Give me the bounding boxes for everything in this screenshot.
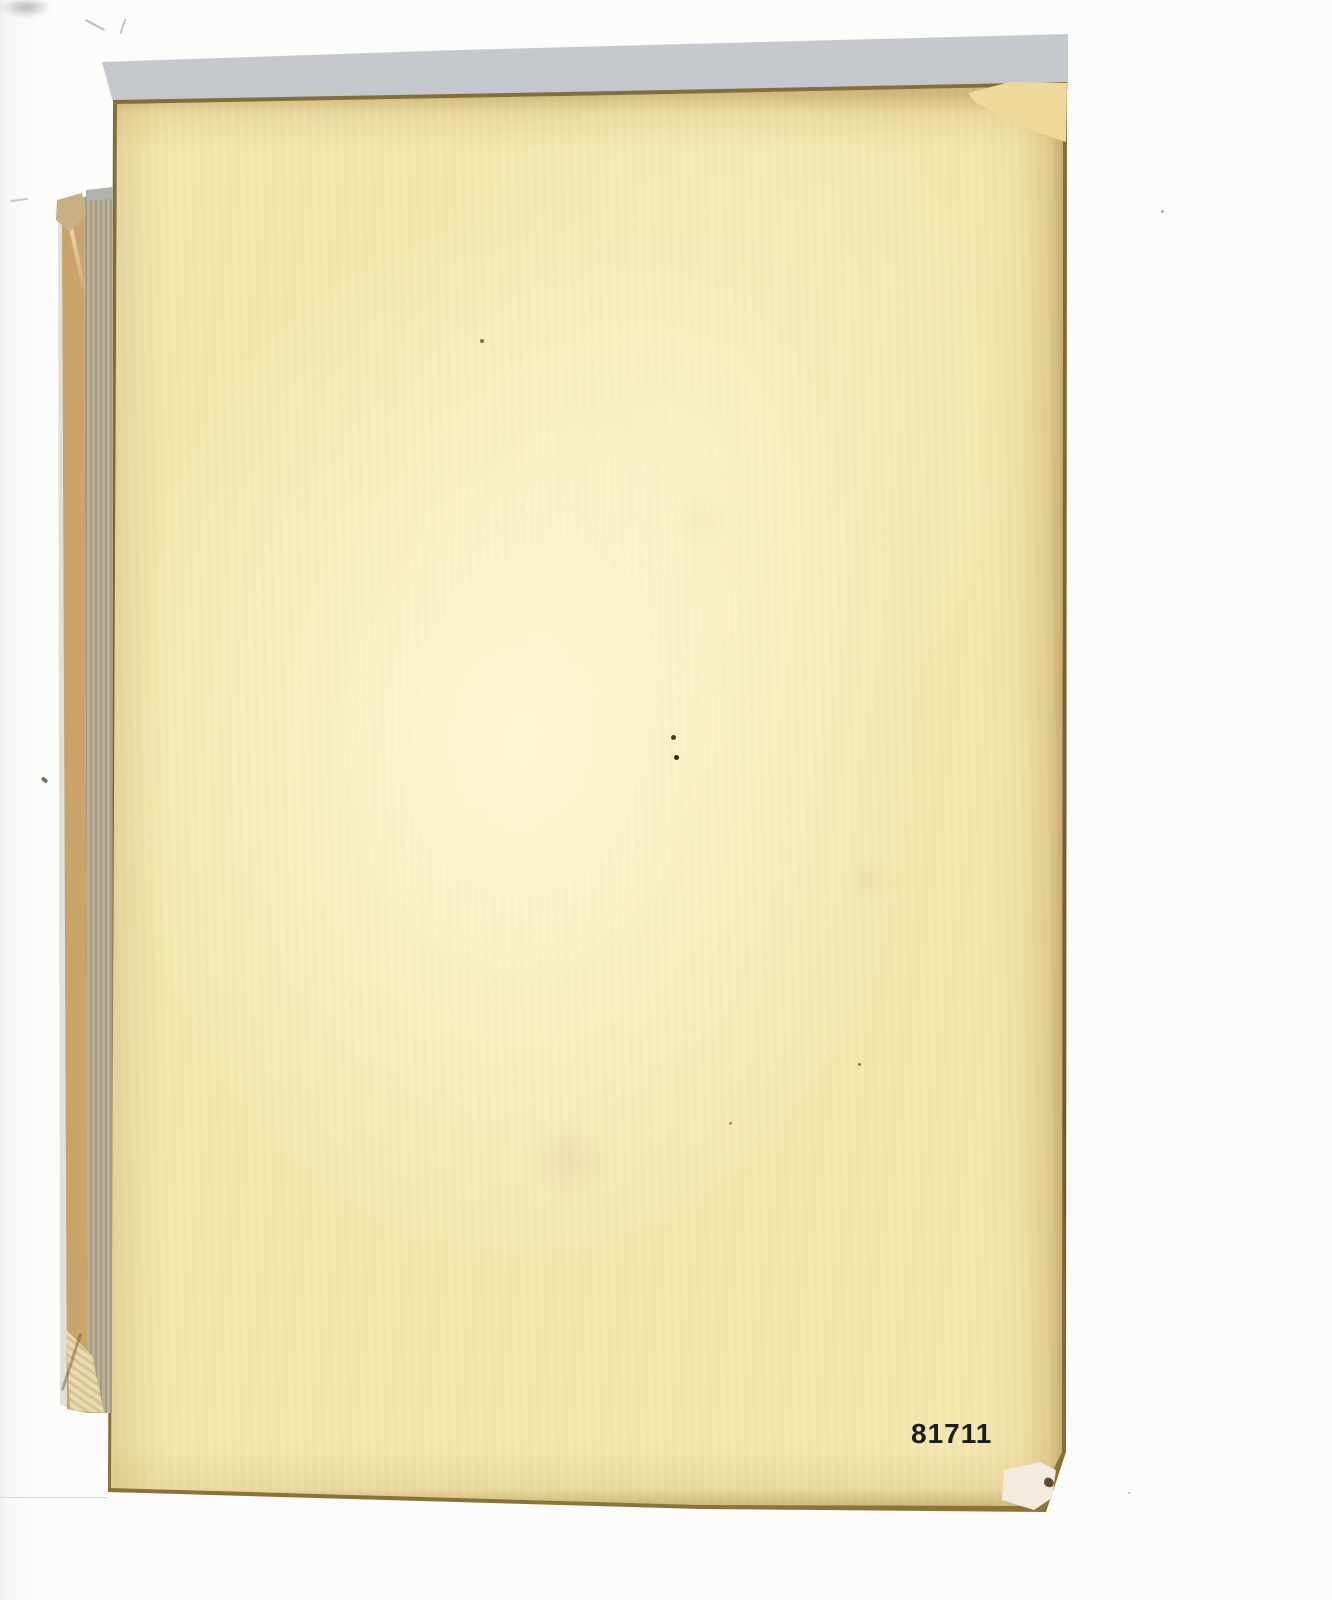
scanned-book-photo: 81711 bbox=[0, 0, 1332, 1600]
dust-mark bbox=[1128, 1492, 1131, 1494]
print-code: 81711 bbox=[911, 1420, 992, 1448]
foxing-speck bbox=[729, 1122, 732, 1125]
foxing-speck bbox=[858, 1063, 861, 1066]
foxing-speck bbox=[671, 735, 676, 740]
dust-mark bbox=[1161, 210, 1164, 213]
page-block-foot-shadow bbox=[0, 0, 52, 18]
foxing-speck bbox=[480, 339, 484, 343]
scanner-artifact-line bbox=[0, 1497, 108, 1498]
foxing-speck bbox=[674, 755, 679, 760]
